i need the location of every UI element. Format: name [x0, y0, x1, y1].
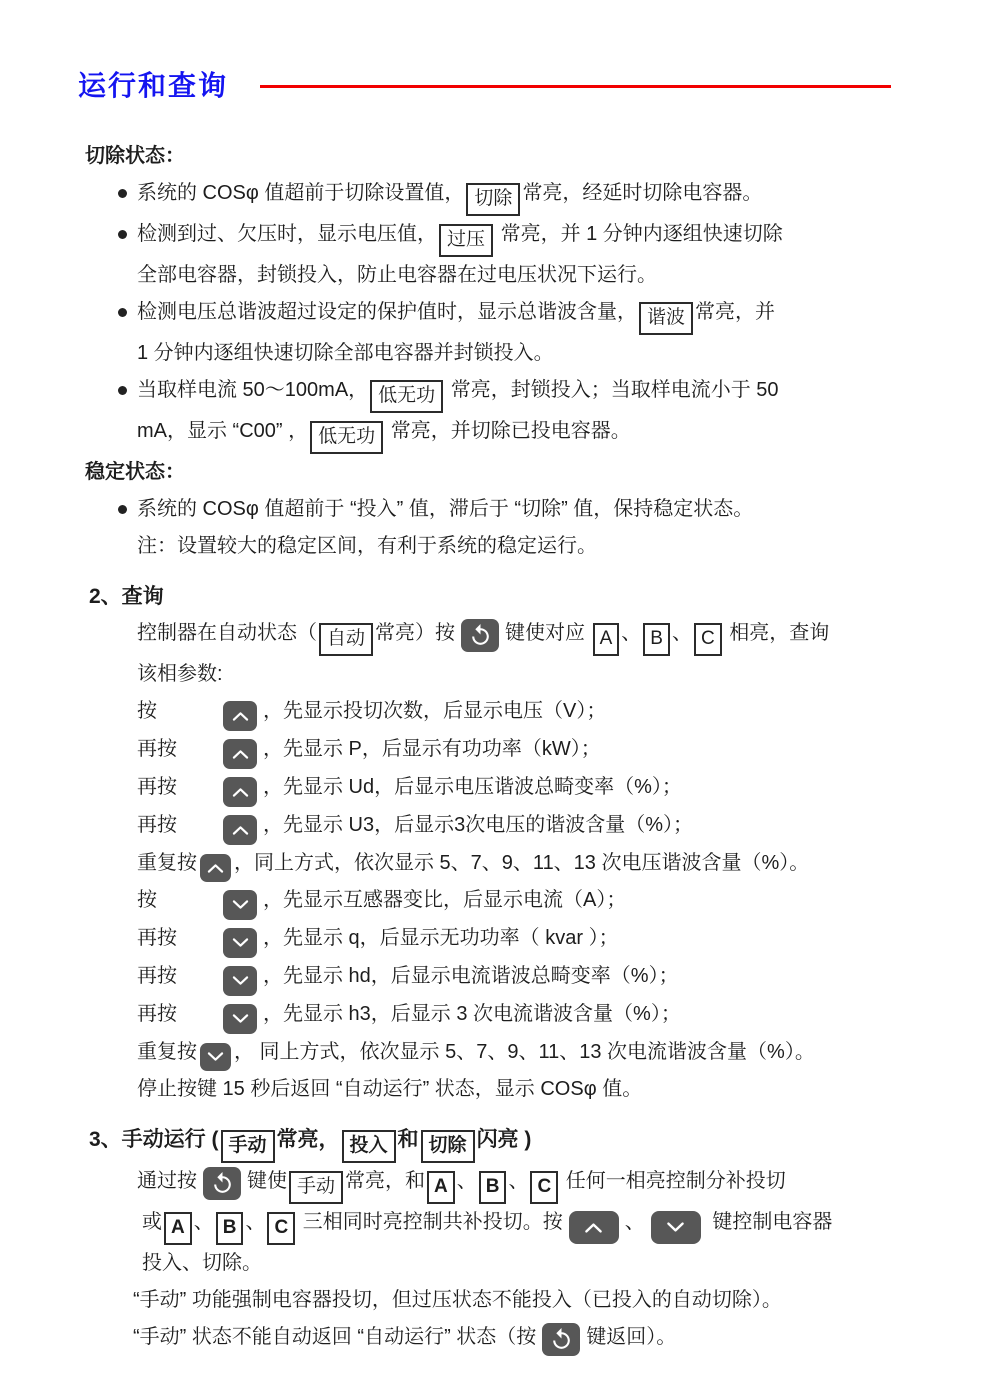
phase-b-box: B [479, 1171, 507, 1204]
bullet-icon [118, 505, 127, 514]
bullet-text: 系统的 COSφ 值超前于 “投入” 值，滞后于 “切除” 值，保持稳定状态。 [137, 491, 753, 528]
paragraph-line: 再按，先显示 h3，后显示 3 次电流谐波含量（%）； [85, 996, 941, 1034]
phase-c-box: C [694, 623, 722, 656]
press-label: 再按 [137, 807, 217, 844]
paragraph-line: 注：设置较大的稳定区间，有利于系统的稳定运行。 [85, 528, 941, 565]
phase-b-box: B [643, 623, 670, 656]
chevron-down-key [223, 966, 257, 996]
bullet-icon [118, 189, 127, 198]
bullet-text: 检测电压总谐波超过设定的保护值时，显示总谐波含量，谐波常亮，并 [137, 294, 775, 335]
chevron-down-key [223, 890, 257, 920]
text-run: 键使对应 [505, 622, 591, 644]
rotate-ccw-key [461, 619, 499, 652]
section-heading: 稳定状态： [85, 454, 941, 491]
text-run: 常亮）按 [375, 622, 455, 644]
phase-a-box: A [427, 1171, 455, 1204]
chevron-down-key [223, 928, 257, 958]
indicator-label-box: 投入 [342, 1130, 396, 1163]
text-run: 切除状态： [85, 145, 185, 167]
chevron-up-key [223, 739, 257, 769]
chevron-down-key [651, 1211, 701, 1244]
phase-a-box: A [164, 1212, 192, 1245]
text-run: 1 分钟内逐组快速切除全部电容器并封锁投入。 [137, 342, 554, 364]
paragraph-line: 该相参数: [85, 656, 941, 693]
paragraph-line: 重复按， 同上方式，依次显示 5、7、9、11、13 次电流谐波含量（%）。 [85, 1034, 941, 1071]
paragraph-line: 再按，先显示 U3，后显示3次电压的谐波含量（%）； [85, 807, 941, 845]
chevron-down-key [200, 1043, 231, 1071]
bullet-item: 检测到过、欠压时，显示电压值，过压 常亮，并 1 分钟内逐组快速切除 [85, 216, 941, 257]
section-heading: 切除状态： [85, 138, 941, 175]
press-label: 再按 [137, 996, 217, 1033]
phase-b-box: B [216, 1212, 244, 1245]
indicator-label-box: 低无功 [370, 380, 443, 413]
text-run: 相亮，查询 [724, 622, 830, 644]
page-header: 运行和查询 [78, 64, 891, 104]
text-run: 、 [245, 1211, 265, 1233]
bullet-text: 检测到过、欠压时，显示电压值，过压 常亮，并 1 分钟内逐组快速切除 [137, 216, 783, 257]
press-label: 按 [137, 882, 217, 919]
paragraph-line: “手动” 功能强制电容器投切，但过压状态不能投入（已投入的自动切除）。 [85, 1282, 941, 1319]
paragraph-line: 按，先显示互感器变比，后显示电流（A）； [85, 882, 941, 920]
indicator-label-box: 自动 [319, 623, 373, 656]
manual-page: { "page": { "title": "运行和查询" }, "colors"… [0, 0, 981, 1385]
paragraph-line: 投入、切除。 [85, 1245, 941, 1282]
chevron-up-icon [230, 746, 251, 762]
text-run: 任何一相亮控制分补投切 [560, 1170, 786, 1192]
text-run: 键返回）。 [586, 1326, 676, 1348]
chevron-down-key [223, 1004, 257, 1034]
indicator-label-box: 手动 [289, 1171, 343, 1204]
press-label: 按 [137, 693, 217, 730]
chevron-up-icon [205, 860, 226, 876]
text-run: 常亮，并 [695, 301, 775, 323]
text-run: 全部电容器，封锁投入，防止电容器在过电压状况下运行。 [137, 264, 657, 286]
text-run: 投入、切除。 [142, 1252, 262, 1274]
text-run: 稳定状态： [85, 461, 185, 483]
paragraph-line: “手动” 状态不能自动返回 “自动运行” 状态（按键返回）。 [85, 1319, 941, 1356]
text-run: 闪亮 ) [477, 1128, 532, 1151]
paragraph-line: 再按，先显示 hd，后显示电流谐波总畸变率（%）； [85, 958, 941, 996]
text-run: “手动” 状态不能自动返回 “自动运行” 状态（按 [133, 1326, 536, 1348]
chevron-down-icon [230, 897, 251, 913]
paragraph-line: 1 分钟内逐组快速切除全部电容器并封锁投入。 [85, 335, 941, 372]
text-run: 键使 [247, 1170, 287, 1192]
text-run: ，先显示 P，后显示有功功率（kW）； [263, 738, 601, 760]
paragraph-line: 控制器在自动状态（自动常亮）按键使对应 A、B、C 相亮，查询 [85, 615, 941, 656]
chevron-up-key [223, 777, 257, 807]
indicator-label-box: 谐波 [639, 302, 693, 335]
chevron-down-icon [661, 1219, 690, 1236]
press-label: 再按 [137, 958, 217, 995]
header-rule [260, 85, 891, 88]
text-run: 当取样电流 50～100mA， [137, 379, 368, 401]
paragraph-line: 按，先显示投切次数，后显示电压（V）； [85, 693, 941, 731]
bullet-item: 系统的 COSφ 值超前于切除设置值，切除常亮，经延时切除电容器。 [85, 175, 941, 216]
chevron-up-key [569, 1211, 619, 1244]
paragraph-line: 停止按键 15 秒后返回 “自动运行” 状态，显示 COSφ 值。 [85, 1071, 941, 1108]
text-run: 键控制电容器 [707, 1211, 833, 1233]
chevron-down-icon [230, 935, 251, 951]
text-run: 三相同时亮控制共补投切。按 [297, 1211, 563, 1233]
phase-a-box: A [593, 623, 620, 656]
text-run: 该相参数: [137, 663, 223, 685]
text-run: ，同上方式，依次显示 5、7、9、11、13 次电压谐波含量（%）。 [234, 852, 809, 874]
chevron-up-icon [579, 1219, 608, 1236]
paragraph-line: 再按，先显示 Ud，后显示电压谐波总畸变率（%）； [85, 769, 941, 807]
text-run: 常亮， [277, 1128, 340, 1151]
phase-c-box: C [530, 1171, 558, 1204]
phase-c-box: C [267, 1212, 295, 1245]
text-run: 3、手动运行 ( [89, 1128, 219, 1151]
indicator-label-box: 手动 [221, 1130, 275, 1163]
bullet-icon [118, 386, 127, 395]
text-run: ，先显示 U3，后显示3次电压的谐波含量（%）； [263, 814, 693, 836]
chevron-up-icon [230, 784, 251, 800]
paragraph-line: mA，显示 “C00” ，低无功 常亮，并切除已投电容器。 [85, 413, 941, 454]
chevron-up-key [223, 701, 257, 731]
text-run: 、 [457, 1170, 477, 1192]
text-run: 系统的 COSφ 值超前于 “投入” 值，滞后于 “切除” 值，保持稳定状态。 [137, 498, 753, 520]
bullet-icon [118, 230, 127, 239]
text-run: 、 [508, 1170, 528, 1192]
rotate-ccw-icon [210, 1171, 235, 1196]
bullet-text: 当取样电流 50～100mA，低无功 常亮，封锁投入；当取样电流小于 50 [137, 372, 779, 413]
paragraph-line: 或A、B、C 三相同时亮控制共补投切。按、 键控制电容器 [85, 1204, 941, 1245]
text-run: 检测电压总谐波超过设定的保护值时，显示总谐波含量， [137, 301, 637, 323]
text-run: ，先显示 h3，后显示 3 次电流谐波含量（%）； [263, 1003, 681, 1025]
chevron-up-key [200, 854, 231, 882]
text-run: 、 [621, 622, 641, 644]
text-run: mA，显示 “C00” ， [137, 420, 308, 442]
text-run: ，先显示 Ud，后显示电压谐波总畸变率（%）； [263, 776, 682, 798]
text-run: 常亮，并 1 分钟内逐组快速切除 [495, 223, 783, 245]
bullet-item: 检测电压总谐波超过设定的保护值时，显示总谐波含量，谐波常亮，并 [85, 294, 941, 335]
rotate-ccw-key [542, 1323, 580, 1356]
paragraph-line: 通过按键使手动常亮，和A、B、C 任何一相亮控制分补投切 [85, 1163, 941, 1204]
text-run: 控制器在自动状态（ [137, 622, 317, 644]
press-label: 再按 [137, 731, 217, 768]
text-run: 检测到过、欠压时，显示电压值， [137, 223, 437, 245]
bullet-icon [118, 308, 127, 317]
chevron-up-key [223, 815, 257, 845]
numbered-heading: 2、查询 [85, 578, 941, 615]
text-run: ，先显示投切次数，后显示电压（V）； [263, 700, 606, 722]
chevron-up-icon [230, 822, 251, 838]
chevron-up-icon [230, 708, 251, 724]
chevron-down-icon [230, 1011, 251, 1027]
text-run: 、 [672, 622, 692, 644]
page-title: 运行和查询 [78, 64, 228, 104]
text-run: 常亮，并切除已投电容器。 [385, 420, 631, 442]
indicator-label-box: 低无功 [310, 421, 383, 454]
text-run: ， 同上方式，依次显示 5、7、9、11、13 次电流谐波含量（%）。 [234, 1041, 815, 1063]
bullet-text: 系统的 COSφ 值超前于切除设置值，切除常亮，经延时切除电容器。 [137, 175, 762, 216]
bullet-item: 系统的 COSφ 值超前于 “投入” 值，滞后于 “切除” 值，保持稳定状态。 [85, 491, 941, 528]
indicator-label-box: 切除 [421, 1130, 475, 1163]
chevron-down-icon [205, 1049, 226, 1065]
indicator-label-box: 切除 [466, 183, 520, 216]
paragraph-line: 重复按，同上方式，依次显示 5、7、9、11、13 次电压谐波含量（%）。 [85, 845, 941, 882]
text-run: 常亮，经延时切除电容器。 [522, 182, 762, 204]
indicator-label-box: 过压 [439, 224, 493, 257]
text-run: 停止按键 15 秒后返回 “自动运行” 状态，显示 COSφ 值。 [137, 1078, 642, 1100]
text-run: 、 [194, 1211, 214, 1233]
paragraph-line: 再按，先显示 P，后显示有功功率（kW）； [85, 731, 941, 769]
text-run: 或 [142, 1211, 162, 1233]
text-run: 通过按 [137, 1170, 197, 1192]
paragraph-line: 再按，先显示 q，后显示无功功率（ kvar ）； [85, 920, 941, 958]
rotate-ccw-key [203, 1167, 241, 1200]
paragraph-line: 全部电容器，封锁投入，防止电容器在过电压状况下运行。 [85, 257, 941, 294]
rotate-ccw-icon [468, 623, 493, 648]
bullet-item: 当取样电流 50～100mA，低无功 常亮，封锁投入；当取样电流小于 50 [85, 372, 941, 413]
text-run: ，先显示互感器变比，后显示电流（A）； [263, 889, 626, 911]
numbered-heading: 3、手动运行 (手动常亮，投入和切除闪亮 ) [85, 1121, 941, 1163]
text-run: 、 [625, 1211, 645, 1233]
text-run: 常亮，和 [345, 1170, 425, 1192]
text-run: 注：设置较大的稳定区间，有利于系统的稳定运行。 [137, 535, 597, 557]
text-run: ，先显示 hd，后显示电流谐波总畸变率（%）； [263, 965, 679, 987]
press-label: 再按 [137, 920, 217, 957]
text-run: ，先显示 q，后显示无功功率（ kvar ）； [263, 927, 619, 949]
text-run: 重复按 [137, 852, 197, 874]
press-label: 再按 [137, 769, 217, 806]
text-run: 2、查询 [89, 585, 164, 608]
document-body: 切除状态：系统的 COSφ 值超前于切除设置值，切除常亮，经延时切除电容器。检测… [85, 138, 941, 1356]
text-run: “手动” 功能强制电容器投切，但过压状态不能投入（已投入的自动切除）。 [133, 1289, 782, 1311]
rotate-ccw-icon [549, 1327, 574, 1352]
text-run: 和 [398, 1128, 419, 1151]
text-run: 重复按 [137, 1041, 197, 1063]
text-run: 常亮，封锁投入；当取样电流小于 50 [445, 379, 778, 401]
chevron-down-icon [230, 973, 251, 989]
text-run: 系统的 COSφ 值超前于切除设置值， [137, 182, 464, 204]
